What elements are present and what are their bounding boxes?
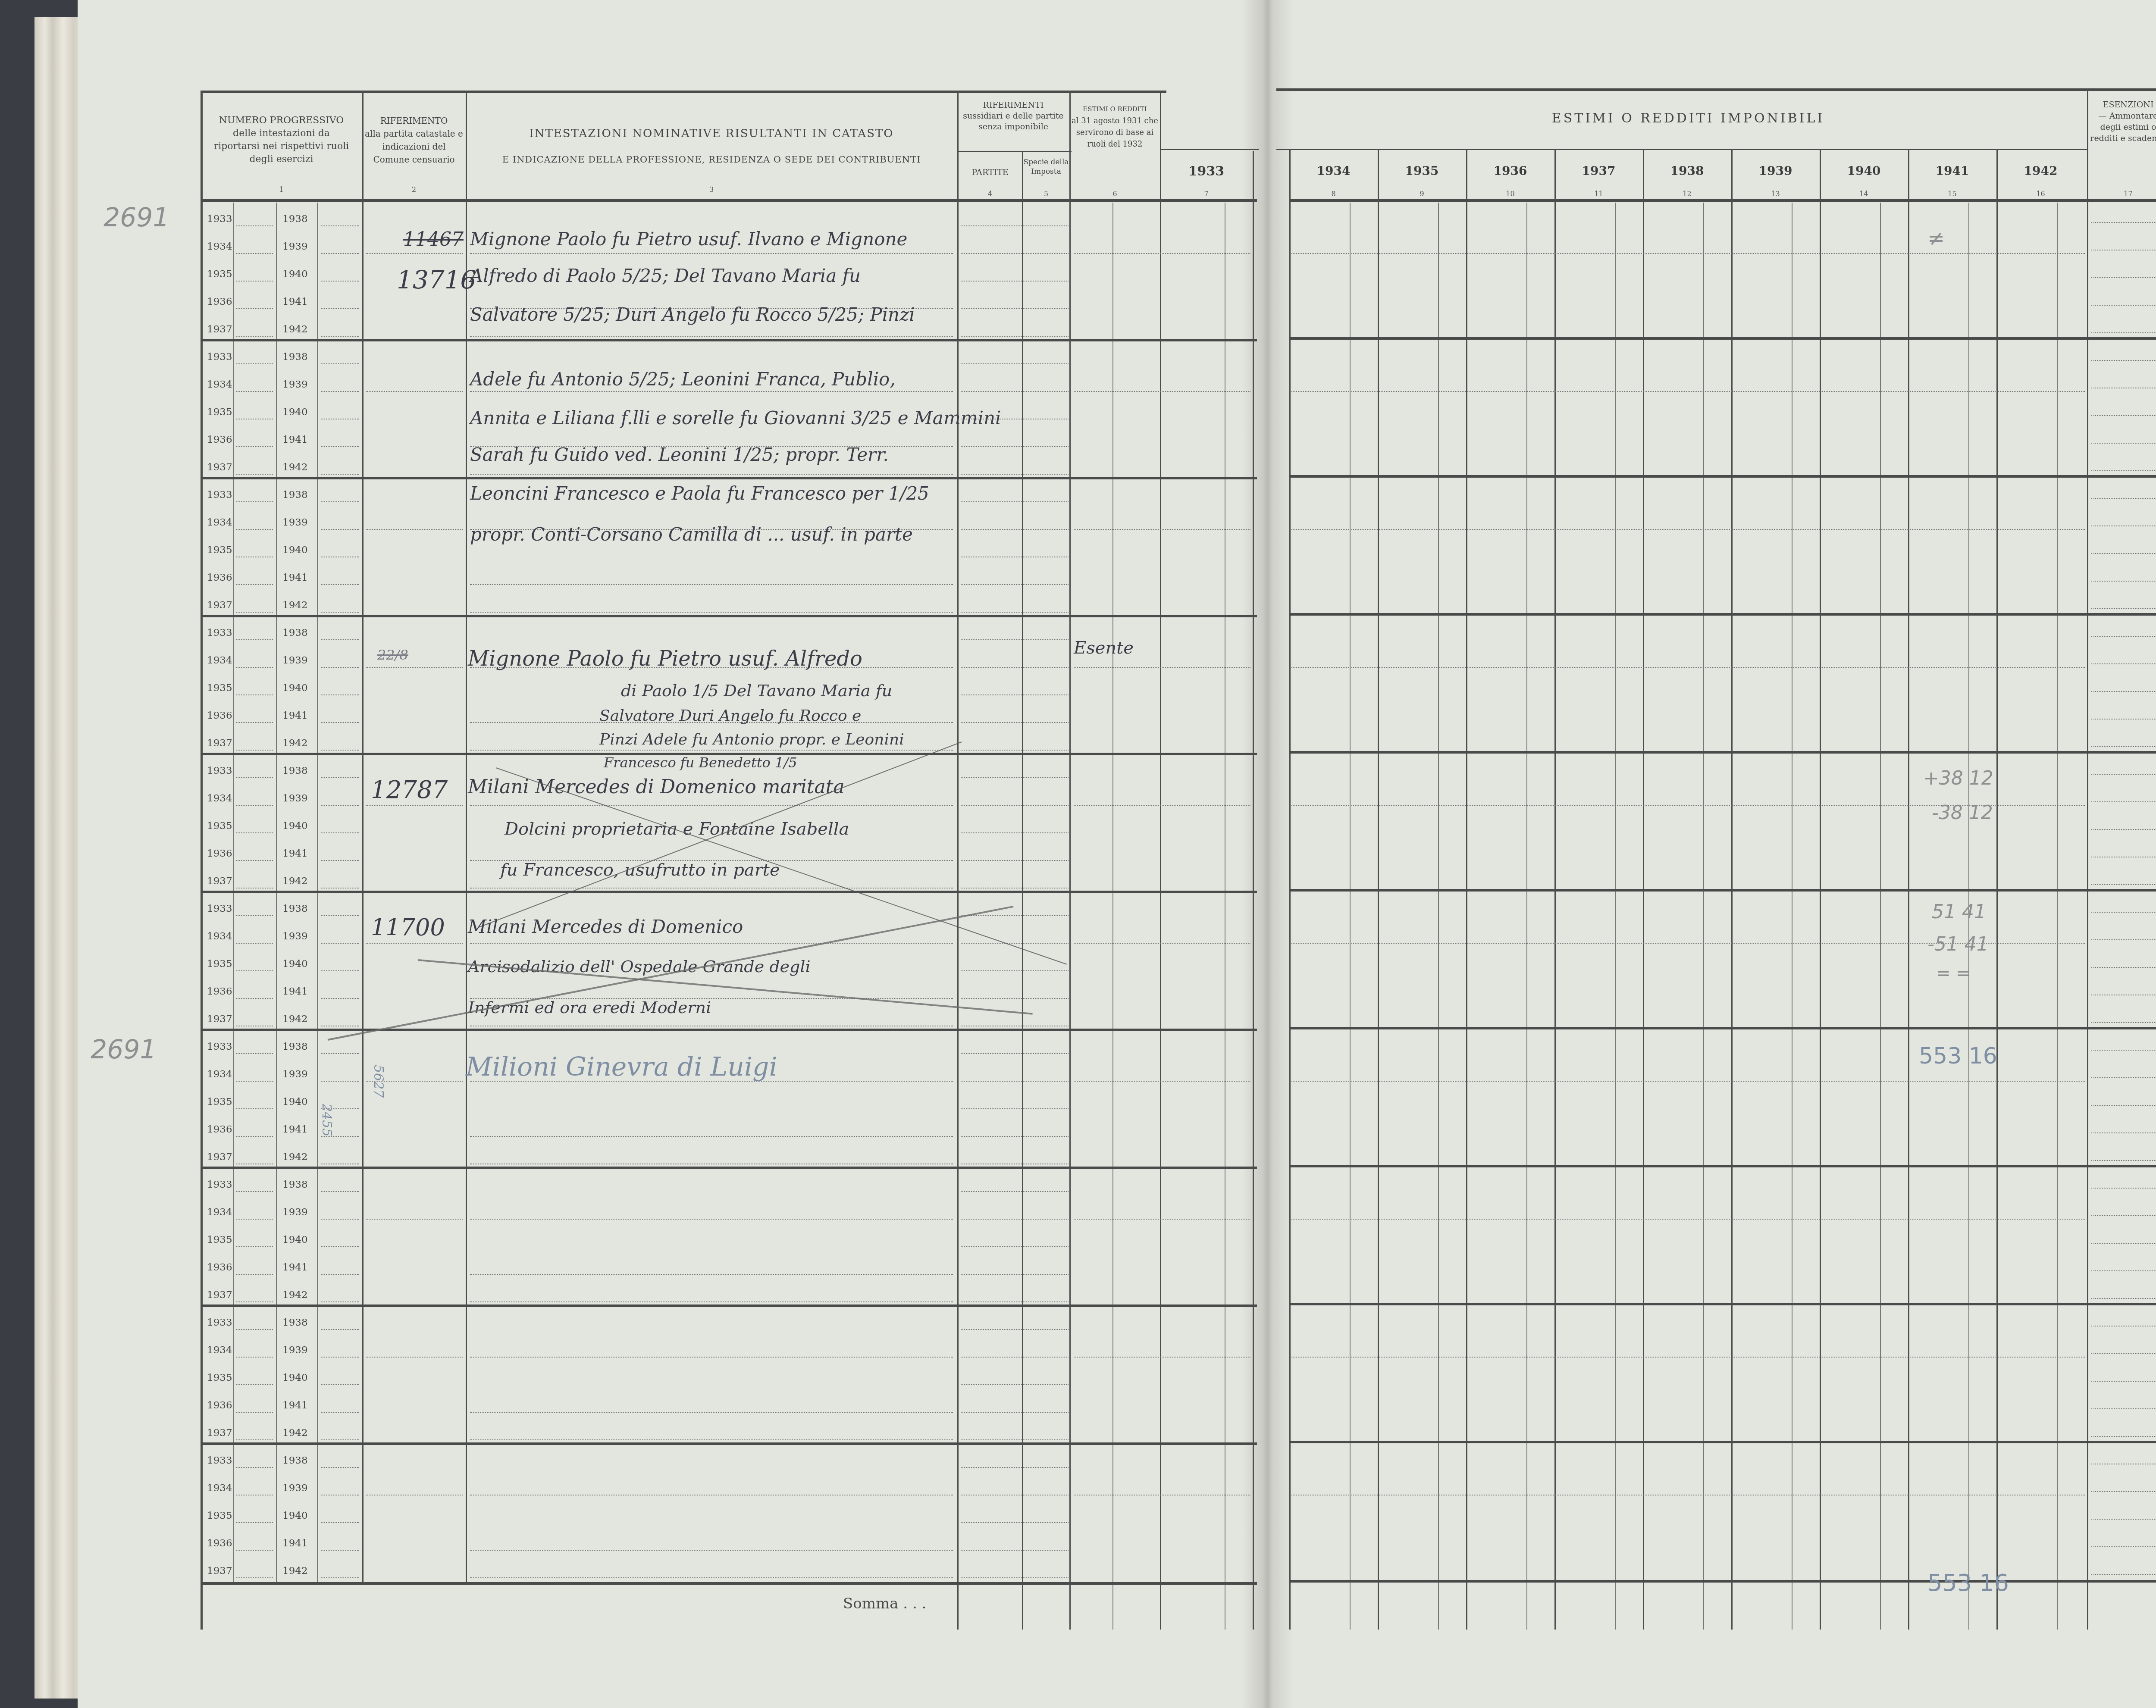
row-year-right: 1942 — [282, 1289, 308, 1301]
row-year-left: 1936 — [207, 434, 232, 445]
header-year-1939-number: 13 — [1731, 190, 1820, 198]
header-col5-title: Specie della Imposta — [1023, 157, 1069, 176]
somma-total-1941: 553 16 — [1927, 1569, 2009, 1596]
entry-6-line-1: Milani Mercedes di Domenico — [468, 916, 743, 937]
entry-5-ref: 12787 — [371, 776, 448, 804]
row-year-right: 1941 — [282, 572, 308, 583]
row-year-right: 1940 — [282, 544, 308, 556]
row-year-right: 1939 — [282, 379, 308, 390]
header-col3-title: INTESTAZIONI NOMINATIVE RISULTANTI IN CA… — [470, 127, 953, 140]
somma-label: Somma . . . — [843, 1595, 926, 1612]
row-year-left: 1933 — [207, 213, 232, 225]
entry-6-year-1941-minus: -51 41 — [1927, 933, 1989, 955]
entry-7-year-1941-value: 553 16 — [1919, 1043, 1997, 1069]
row-year-right: 1941 — [282, 1538, 308, 1549]
entry-6-year-1941-value: 51 41 — [1932, 901, 1986, 923]
row-year-left: 1935 — [207, 1096, 232, 1107]
header-col2: RIFERIMENTO alla partita catastale e ind… — [364, 114, 464, 166]
header-year-1940: 1940 — [1820, 164, 1908, 178]
left-page — [78, 0, 1268, 1708]
header-year-1934: 1934 — [1289, 164, 1378, 178]
header-col2-number: 2 — [364, 185, 464, 194]
row-year-right: 1942 — [282, 1427, 308, 1439]
entry-6-ref: 11700 — [371, 914, 445, 941]
row-year-left: 1937 — [207, 324, 232, 335]
entry-2-line-2: Annita e Liliana f.lli e sorelle fu Giov… — [470, 407, 1001, 429]
header-col3-number: 3 — [470, 185, 953, 194]
book-gutter — [1242, 0, 1294, 1708]
entry-5-year-1941-minus: -38 12 — [1932, 802, 1993, 824]
row-year-right: 1938 — [282, 489, 308, 501]
margin-note-top: 2691 — [103, 203, 169, 233]
row-year-left: 1934 — [207, 1345, 232, 1356]
entry-3-line-1: Leoncini Francesco e Paola fu Francesco … — [470, 483, 929, 504]
entry-4-line-5: Francesco fu Benedetto 1/5 — [604, 754, 797, 771]
row-year-left: 1934 — [207, 241, 232, 252]
header-col6-text: al 31 agosto 1931 che servirono di base … — [1071, 115, 1159, 150]
entry-7-line-1: Milioni Ginevra di Luigi — [466, 1052, 777, 1082]
row-year-left: 1936 — [207, 1400, 232, 1411]
entry-5-line-3: fu Francesco, usufrutto in parte — [500, 860, 780, 880]
row-year-left: 1934 — [207, 793, 232, 804]
row-year-left: 1936 — [207, 572, 232, 583]
header-year-1934-number: 8 — [1289, 190, 1378, 198]
row-year-right: 1939 — [282, 517, 308, 528]
entry-2-line-1: Adele fu Antonio 5/25; Leonini Franca, P… — [470, 369, 896, 390]
entry-4-line-1: Mignone Paolo fu Pietro usuf. Alfredo — [468, 647, 862, 671]
row-year-right: 1938 — [282, 1041, 308, 1052]
header-col6: ESTIMI O REDDITI al 31 agosto 1931 che s… — [1071, 103, 1159, 150]
row-year-left: 1935 — [207, 820, 232, 832]
header-col2-title: RIFERIMENTO — [364, 114, 464, 127]
row-year-left: 1933 — [207, 1041, 232, 1052]
row-year-left: 1936 — [207, 710, 232, 721]
row-year-left: 1934 — [207, 379, 232, 390]
row-year-left: 1937 — [207, 1014, 232, 1025]
row-year-right: 1942 — [282, 1565, 308, 1577]
entry-1-line-1: Mignone Paolo fu Pietro usuf. Ilvano e M… — [470, 228, 907, 250]
row-year-right: 1942 — [282, 600, 308, 611]
row-year-right: 1938 — [282, 627, 308, 638]
row-year-right: 1938 — [282, 1317, 308, 1328]
entry-1-line-3: Salvatore 5/25; Duri Angelo fu Rocco 5/2… — [470, 304, 915, 325]
row-year-right: 1940 — [282, 682, 308, 694]
row-year-right: 1938 — [282, 213, 308, 225]
row-year-left: 1937 — [207, 462, 232, 473]
row-year-left: 1935 — [207, 407, 232, 418]
row-year-left: 1933 — [207, 489, 232, 501]
entry-2-line-3: Sarah fu Guido ved. Leonini 1/25; propr.… — [470, 444, 889, 465]
row-year-right: 1938 — [282, 765, 308, 776]
row-year-right: 1941 — [282, 710, 308, 721]
header-estimi-title: ESTIMI O REDDITI IMPONIBILI — [1289, 112, 2087, 125]
row-year-left: 1936 — [207, 296, 232, 307]
row-year-right: 1940 — [282, 1372, 308, 1383]
row-year-left: 1935 — [207, 958, 232, 970]
row-year-left: 1936 — [207, 848, 232, 859]
row-year-right: 1941 — [282, 1124, 308, 1135]
entry-4-line-2: di Paolo 1/5 Del Tavano Maria fu — [621, 681, 892, 700]
header-col6-number: 6 — [1071, 190, 1159, 198]
row-year-right: 1939 — [282, 241, 308, 252]
row-year-right: 1942 — [282, 876, 308, 887]
header-year-1935-number: 9 — [1378, 190, 1466, 198]
entry-4-specie: Esente — [1074, 638, 1134, 658]
row-year-right: 1941 — [282, 434, 308, 445]
row-year-left: 1933 — [207, 1317, 232, 1328]
header-col17: ESENZIONI — Ammontare degli estimi o red… — [2088, 99, 2156, 144]
row-year-left: 1934 — [207, 1483, 232, 1494]
header-year-1942-number: 16 — [1996, 190, 2085, 198]
row-year-right: 1942 — [282, 1014, 308, 1025]
entry-4-line-4: Pinzi Adele fu Antonio propr. e Leonini — [599, 731, 904, 748]
row-year-left: 1937 — [207, 1427, 232, 1439]
entry-7-year-note: 2455 — [319, 1104, 334, 1136]
entry-4-ref-struck: 22/8 — [377, 647, 408, 663]
header-col4-number: 4 — [958, 190, 1022, 198]
margin-note-bottom: 2691 — [91, 1035, 157, 1065]
entry-5-year-1941-plus: +38 12 — [1923, 767, 1993, 789]
row-year-right: 1939 — [282, 1207, 308, 1218]
header-year-1941: 1941 — [1908, 164, 1996, 178]
row-year-right: 1939 — [282, 1483, 308, 1494]
header-year-1939: 1939 — [1731, 164, 1820, 178]
row-year-left: 1935 — [207, 269, 232, 280]
row-year-right: 1942 — [282, 738, 308, 749]
header-col17-number: 17 — [2088, 190, 2156, 198]
row-year-left: 1936 — [207, 1124, 232, 1135]
row-year-left: 1933 — [207, 627, 232, 638]
header-col5-number: 5 — [1023, 190, 1069, 198]
entry-5-line-2: Dolcini proprietaria e Fontaine Isabella — [505, 819, 849, 839]
row-year-right: 1942 — [282, 324, 308, 335]
row-year-right: 1940 — [282, 820, 308, 832]
row-year-left: 1937 — [207, 876, 232, 887]
entry-5-line-1: Milani Mercedes di Domenico maritata — [468, 776, 845, 798]
row-year-left: 1937 — [207, 1565, 232, 1577]
header-year-1937: 1937 — [1554, 164, 1643, 178]
header-year-1941-number: 15 — [1908, 190, 1996, 198]
row-year-right: 1940 — [282, 269, 308, 280]
header-year-1938-number: 12 — [1643, 190, 1731, 198]
header-year-1936-number: 10 — [1466, 190, 1554, 198]
entry-3-line-2: propr. Conti-Corsano Camilla di ... usuf… — [470, 524, 913, 545]
row-year-right: 1938 — [282, 903, 308, 914]
row-year-right: 1940 — [282, 958, 308, 970]
row-year-right: 1940 — [282, 1510, 308, 1521]
row-year-right: 1941 — [282, 1262, 308, 1273]
row-year-right: 1942 — [282, 1151, 308, 1163]
header-col6-title: ESTIMI O REDDITI — [1071, 103, 1159, 115]
row-year-left: 1934 — [207, 1207, 232, 1218]
row-year-left: 1935 — [207, 682, 232, 694]
row-year-left: 1933 — [207, 351, 232, 363]
header-col1-number: 1 — [203, 185, 360, 194]
row-year-left: 1937 — [207, 1289, 232, 1301]
row-year-right: 1941 — [282, 986, 308, 997]
row-year-left: 1935 — [207, 1234, 232, 1245]
entry-4-line-3: Salvatore Duri Angelo fu Rocco e — [599, 707, 861, 725]
header-col17-text: — Ammontare degli estimi o redditi e sca… — [2088, 110, 2156, 144]
entry-7-ref: 5627 — [371, 1065, 386, 1098]
header-col45: RIFERIMENTI sussidiari e delle partite s… — [958, 100, 1069, 132]
header-year-1935: 1935 — [1378, 164, 1466, 178]
row-year-left: 1934 — [207, 931, 232, 942]
row-year-left: 1937 — [207, 600, 232, 611]
header-col45-title: RIFERIMENTI — [958, 100, 1069, 111]
header-col7-number: 7 — [1160, 190, 1253, 198]
row-year-right: 1939 — [282, 793, 308, 804]
row-year-right: 1938 — [282, 1455, 308, 1466]
header-col4-title: PARTITE — [958, 166, 1022, 179]
row-year-left: 1935 — [207, 1510, 232, 1521]
row-year-left: 1933 — [207, 903, 232, 914]
entry-6-line-3: Infermi ed ora eredi Moderni — [468, 998, 711, 1017]
row-year-right: 1940 — [282, 407, 308, 418]
row-year-right: 1941 — [282, 848, 308, 859]
row-year-left: 1936 — [207, 986, 232, 997]
row-year-right: 1939 — [282, 931, 308, 942]
entry-6-year-1941-result: = = — [1936, 963, 1971, 983]
header-year-1933: 1933 — [1160, 164, 1253, 179]
row-year-right: 1939 — [282, 1345, 308, 1356]
header-year-1936: 1936 — [1466, 164, 1554, 178]
header-col1: NUMERO PROGRESSIVO delle intestazioni da… — [203, 114, 360, 166]
row-year-right: 1940 — [282, 1234, 308, 1245]
entry-1-ref: 13716 — [397, 265, 476, 294]
row-year-left: 1934 — [207, 517, 232, 528]
row-year-right: 1938 — [282, 351, 308, 363]
row-year-left: 1934 — [207, 1069, 232, 1080]
entry-1-line-2: Alfredo di Paolo 5/25; Del Tavano Maria … — [470, 265, 861, 286]
entry-1-ref-struck: 11467 — [403, 228, 464, 250]
header-year-1942: 1942 — [1996, 164, 2085, 178]
header-col2-text: alla partita catastale e indicazioni del… — [364, 127, 464, 166]
row-year-left: 1933 — [207, 765, 232, 776]
row-year-left: 1935 — [207, 544, 232, 556]
right-page — [1268, 0, 2156, 1708]
row-year-left: 1936 — [207, 1262, 232, 1273]
row-year-left: 1933 — [207, 1179, 232, 1190]
row-year-right: 1938 — [282, 1179, 308, 1190]
entry-6-line-2: Arcisodalizio dell' Ospedale Grande degl… — [468, 957, 811, 976]
row-year-left: 1936 — [207, 1538, 232, 1549]
header-col1-text: delle intestazioni da riportarsi nei ris… — [203, 127, 360, 166]
row-year-left: 1937 — [207, 738, 232, 749]
row-year-left: 1935 — [207, 1372, 232, 1383]
row-year-left: 1934 — [207, 655, 232, 666]
row-year-right: 1939 — [282, 1069, 308, 1080]
header-col17-title: ESENZIONI — [2088, 99, 2156, 110]
row-year-right: 1941 — [282, 296, 308, 307]
row-year-left: 1937 — [207, 1151, 232, 1163]
row-year-right: 1939 — [282, 655, 308, 666]
entry-1-year-1941-mark: ≠ — [1927, 226, 1945, 250]
header-col1-title: NUMERO PROGRESSIVO — [203, 114, 360, 127]
header-col3-subtitle: E INDICAZIONE DELLA PROFESSIONE, RESIDEN… — [470, 153, 953, 166]
header-year-1937-number: 11 — [1554, 190, 1643, 198]
row-year-right: 1942 — [282, 462, 308, 473]
header-year-1938: 1938 — [1643, 164, 1731, 178]
row-year-left: 1933 — [207, 1455, 232, 1466]
row-year-right: 1941 — [282, 1400, 308, 1411]
row-year-right: 1940 — [282, 1096, 308, 1107]
header-col45-text: sussidiari e delle partite senza imponib… — [958, 111, 1069, 132]
header-year-1940-number: 14 — [1820, 190, 1908, 198]
